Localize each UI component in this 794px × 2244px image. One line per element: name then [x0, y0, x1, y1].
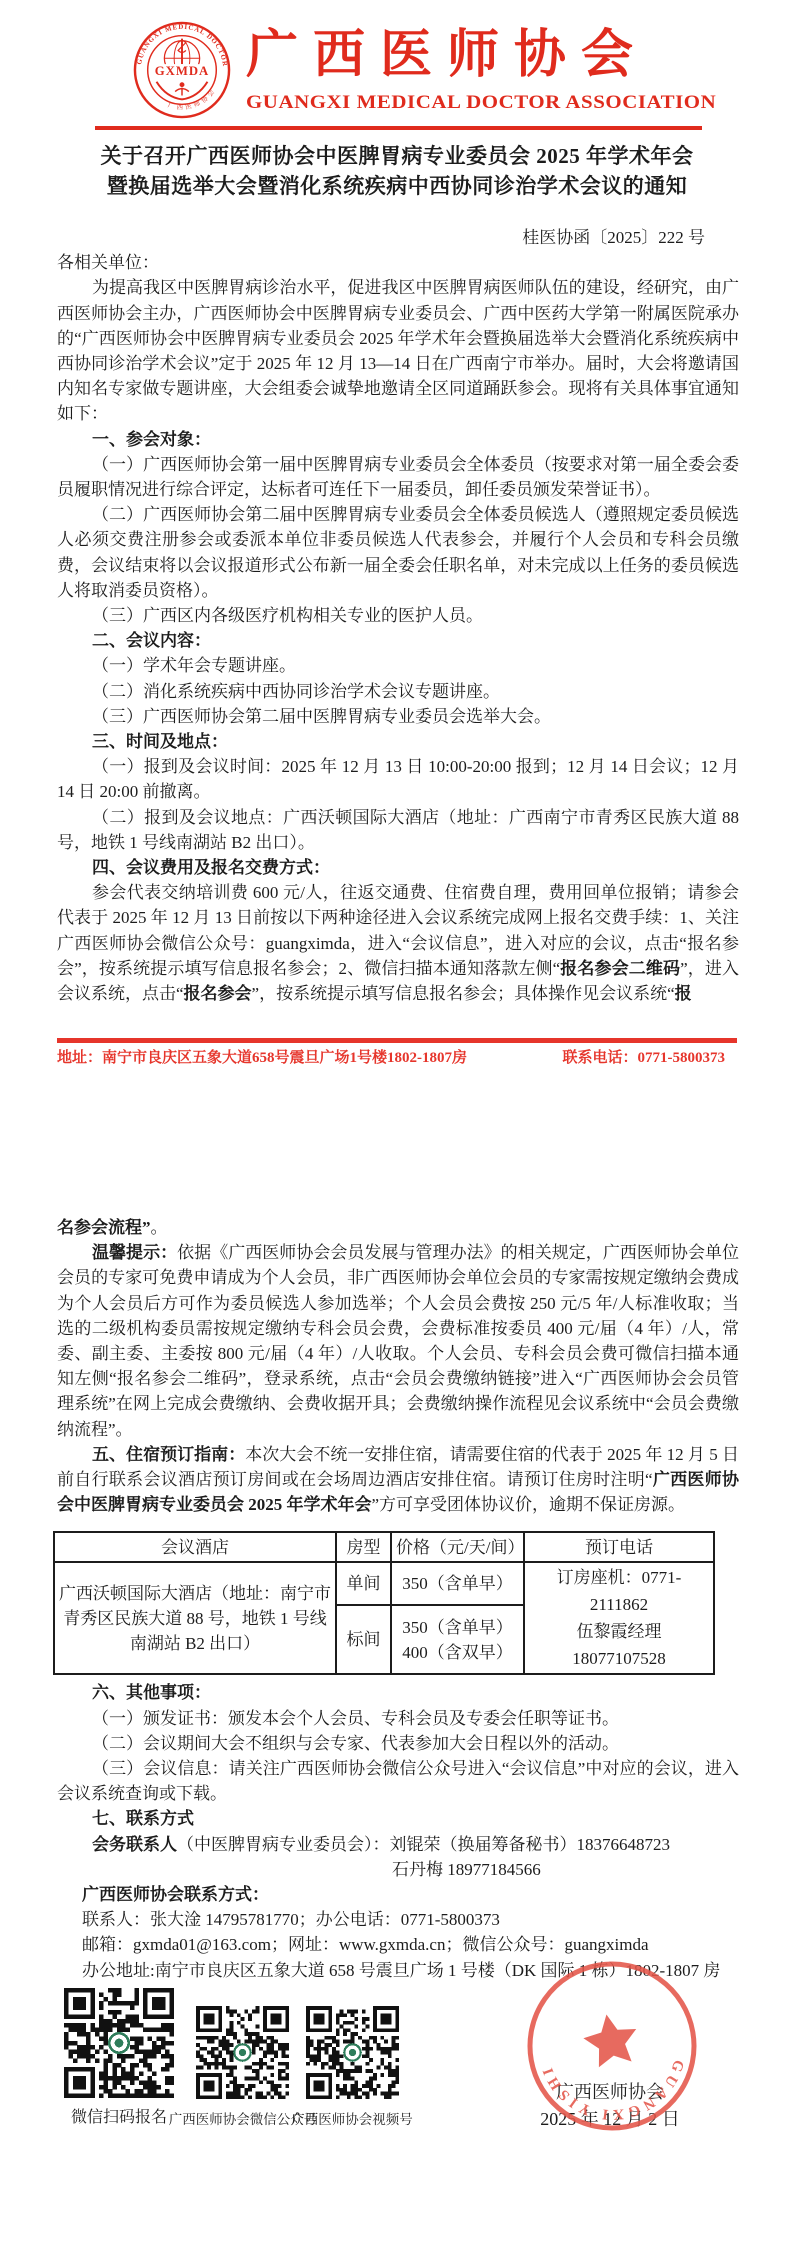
- intro-paragraph: 为提高我区中医脾胃病诊治水平，促进我区中医脾胃病医师队伍的建设，经研究，由广西医…: [57, 275, 739, 426]
- paragraph: （三）会议信息：请关注广西医师协会微信公众号进入“会议信息”中对应的会议，进入会…: [57, 1756, 739, 1806]
- qr-code-wechat-official: [196, 2006, 289, 2099]
- paragraph: （二）报到及会议地点：广西沃顿国际大酒店（地址：广西南宁市青秀区民族大道 88 …: [57, 805, 739, 855]
- footer-address: 地址：南宁市良庆区五象大道658号震旦广场1号楼1802-1807房: [57, 1047, 467, 1069]
- paragraph: （二）会议期间大会不组织与会专家、代表参加大会日程以外的活动。: [57, 1731, 739, 1756]
- org-title: 广西医师协会: [246, 26, 648, 86]
- header-divider: [95, 126, 702, 130]
- paragraph: 参会代表交纳培训费 600 元/人，往返交通费、住宿费自理，费用回单位报销；请参…: [57, 880, 739, 1006]
- col-header-price: 价格（元/天/间）: [391, 1532, 524, 1562]
- paragraph: （一）广西医师协会第一届中医脾胃病专业委员会全体委员（按要求对第一届全委会委员履…: [57, 452, 739, 502]
- section6-heading: 六、其他事项：: [57, 1680, 739, 1705]
- section7-heading: 七、联系方式: [57, 1806, 739, 1831]
- col-header-booking-phone: 预订电话: [524, 1532, 714, 1562]
- booking-phone-line2: 伍黎霞经理 18077107528: [529, 1618, 709, 1672]
- official-seal: GUANGXI YISHI XIEHUI 广西医师协会: [522, 1956, 702, 2136]
- section4-heading: 四、会议费用及报名交费方式：: [57, 855, 739, 880]
- paragraph: （一）报到及会议时间：2025 年 12 月 13 日 10:00-20:00 …: [57, 754, 739, 804]
- doc-number: 桂医协函〔2025〕222 号: [57, 225, 739, 250]
- page-footer: 地址：南宁市良庆区五象大道658号震旦广场1号楼1802-1807房 联系电话：…: [57, 1047, 725, 1069]
- room-type-cell: 标间: [336, 1605, 391, 1674]
- booking-phone-cell: 订房座机：0771-2111862 伍黎霞经理 18077107528: [524, 1562, 714, 1674]
- page1-body: 桂医协函〔2025〕222 号 各相关单位： 为提高我区中医脾胃病诊治水平，促进…: [57, 225, 739, 1006]
- paragraph: （三）广西区内各级医疗机构相关专业的医护人员。: [57, 603, 739, 628]
- committee-contact-line2: 石丹梅 18977184566: [57, 1857, 739, 1882]
- assoc-contact-line: 邮箱：gxmda01@163.com；网址：www.gxmda.cn；微信公众号…: [57, 1932, 739, 1957]
- notice-title-line1: 关于召开广西医师协会中医脾胃病专业委员会 2025 年学术年会: [47, 141, 747, 171]
- page2-body: 名参会流程”。 温馨提示：依据《广西医师协会会员发展与管理办法》的相关规定，广西…: [57, 1215, 739, 1983]
- document-page: GUANGXI MEDICAL DOCTOR ASSOCIATION 广西医师协…: [0, 0, 794, 2244]
- paragraph: （二）广西医师协会第二届中医脾胃病专业委员会全体委员候选人（遵照规定委员候选人必…: [57, 502, 739, 603]
- qr-label: 广西医师协会视频号: [278, 2108, 426, 2128]
- price-cell: 350（含单早） 400（含双早）: [391, 1605, 524, 1674]
- paragraph: 温馨提示：依据《广西医师协会会员发展与管理办法》的相关规定，广西医师协会单位会员…: [57, 1240, 739, 1442]
- notice-title: 关于召开广西医师协会中医脾胃病专业委员会 2025 年学术年会 暨换届选举大会暨…: [47, 141, 747, 201]
- table-header-row: 会议酒店 房型 价格（元/天/间） 预订电话: [54, 1532, 714, 1562]
- org-subtitle: GUANGXI MEDICAL DOCTOR ASSOCIATION: [246, 92, 716, 114]
- committee-contact-line: 会务联系人（中医脾胃病专业委员会）：刘锟荣（换届筹备秘书）18376648723: [57, 1832, 739, 1857]
- room-type-cell: 单间: [336, 1562, 391, 1605]
- table-row: 广西沃顿国际大酒店（地址：南宁市青秀区民族大道 88 号，地铁 1 号线南湖站 …: [54, 1562, 714, 1605]
- col-header-hotel: 会议酒店: [54, 1532, 336, 1562]
- section3-heading: 三、时间及地点：: [57, 729, 739, 754]
- paragraph: 名参会流程”。: [57, 1215, 739, 1240]
- hotel-name-cell: 广西沃顿国际大酒店（地址：南宁市青秀区民族大道 88 号，地铁 1 号线南湖站 …: [54, 1562, 336, 1674]
- hotel-table: 会议酒店 房型 价格（元/天/间） 预订电话 广西沃顿国际大酒店（地址：南宁市青…: [53, 1531, 715, 1675]
- qr-code-signup: [64, 1988, 174, 2098]
- col-header-room-type: 房型: [336, 1532, 391, 1562]
- assoc-contact-line: 联系人：张大淦 14795781770；办公电话：0771-5800373: [57, 1907, 739, 1932]
- section2-heading: 二、会议内容：: [57, 628, 739, 653]
- paragraph: （二）消化系统疾病中西协同诊治学术会议专题讲座。: [57, 679, 739, 704]
- association-logo-icon: GUANGXI MEDICAL DOCTOR ASSOCIATION 广西医师协…: [133, 20, 231, 120]
- booking-phone-line1: 订房座机：0771-2111862: [529, 1564, 709, 1618]
- svg-text:GXMDA: GXMDA: [155, 64, 209, 78]
- notice-title-line2: 暨换届选举大会暨消化系统疾病中西协同诊治学术会议的通知: [47, 171, 747, 201]
- paragraph: （三）广西医师协会第二届中医脾胃病专业委员会选举大会。: [57, 704, 739, 729]
- price-line2: 400（含双早）: [396, 1640, 519, 1665]
- qr-code-video-channel: [306, 2006, 399, 2099]
- assoc-contact-heading: 广西医师协会联系方式：: [57, 1882, 739, 1907]
- price-line1: 350（含单早）: [396, 1615, 519, 1640]
- paragraph: （一）学术年会专题讲座。: [57, 653, 739, 678]
- paragraph: （一）颁发证书：颁发本会个人会员、专科会员及专委会任职等证书。: [57, 1706, 739, 1731]
- footer-divider: [57, 1038, 737, 1043]
- section1-heading: 一、参会对象：: [57, 427, 739, 452]
- footer-phone: 联系电话：0771-5800373: [563, 1047, 726, 1069]
- price-cell: 350（含单早）: [391, 1562, 524, 1605]
- paragraph: 五、住宿预订指南：本次大会不统一安排住宿，请需要住宿的代表于 2025 年 12…: [57, 1442, 739, 1518]
- salutation: 各相关单位：: [57, 250, 739, 275]
